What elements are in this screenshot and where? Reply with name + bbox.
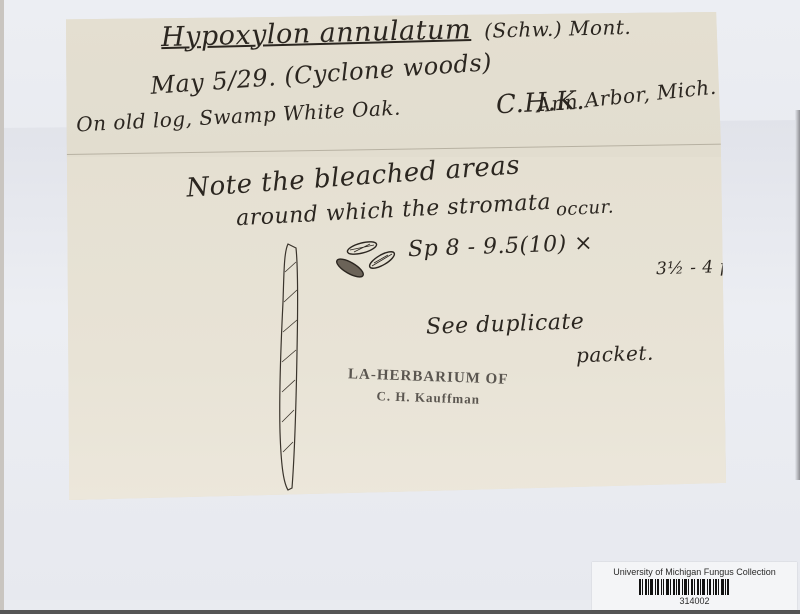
collector-initials: C.H.K.	[495, 86, 585, 121]
sheet-right-edge	[795, 110, 800, 480]
spore-width: 3½ - 4 µ	[656, 257, 732, 280]
stamp-line-1: LA-HERBARIUM OF	[348, 365, 509, 389]
barcode-number: 314002	[592, 596, 797, 606]
specimen-packet: Hypoxylon annulatum (Schw.) Mont. May 5/…	[66, 12, 726, 500]
sheet-left-edge	[0, 0, 4, 614]
note-line-3: occur.	[555, 196, 614, 220]
collection-label: University of Michigan Fungus Collection…	[592, 562, 797, 610]
sheet-bottom-edge	[0, 610, 800, 614]
stamp-line-2: C. H. Kauffman	[348, 387, 509, 409]
barcode-icon	[639, 579, 744, 595]
collection-label-title: University of Michigan Fungus Collection	[592, 567, 797, 577]
taxon-author: (Schw.) Mont.	[484, 15, 632, 43]
herbarium-stamp: LA-HERBARIUM OF C. H. Kauffman	[348, 368, 508, 406]
see-duplicate-note-2: packet.	[576, 341, 655, 368]
